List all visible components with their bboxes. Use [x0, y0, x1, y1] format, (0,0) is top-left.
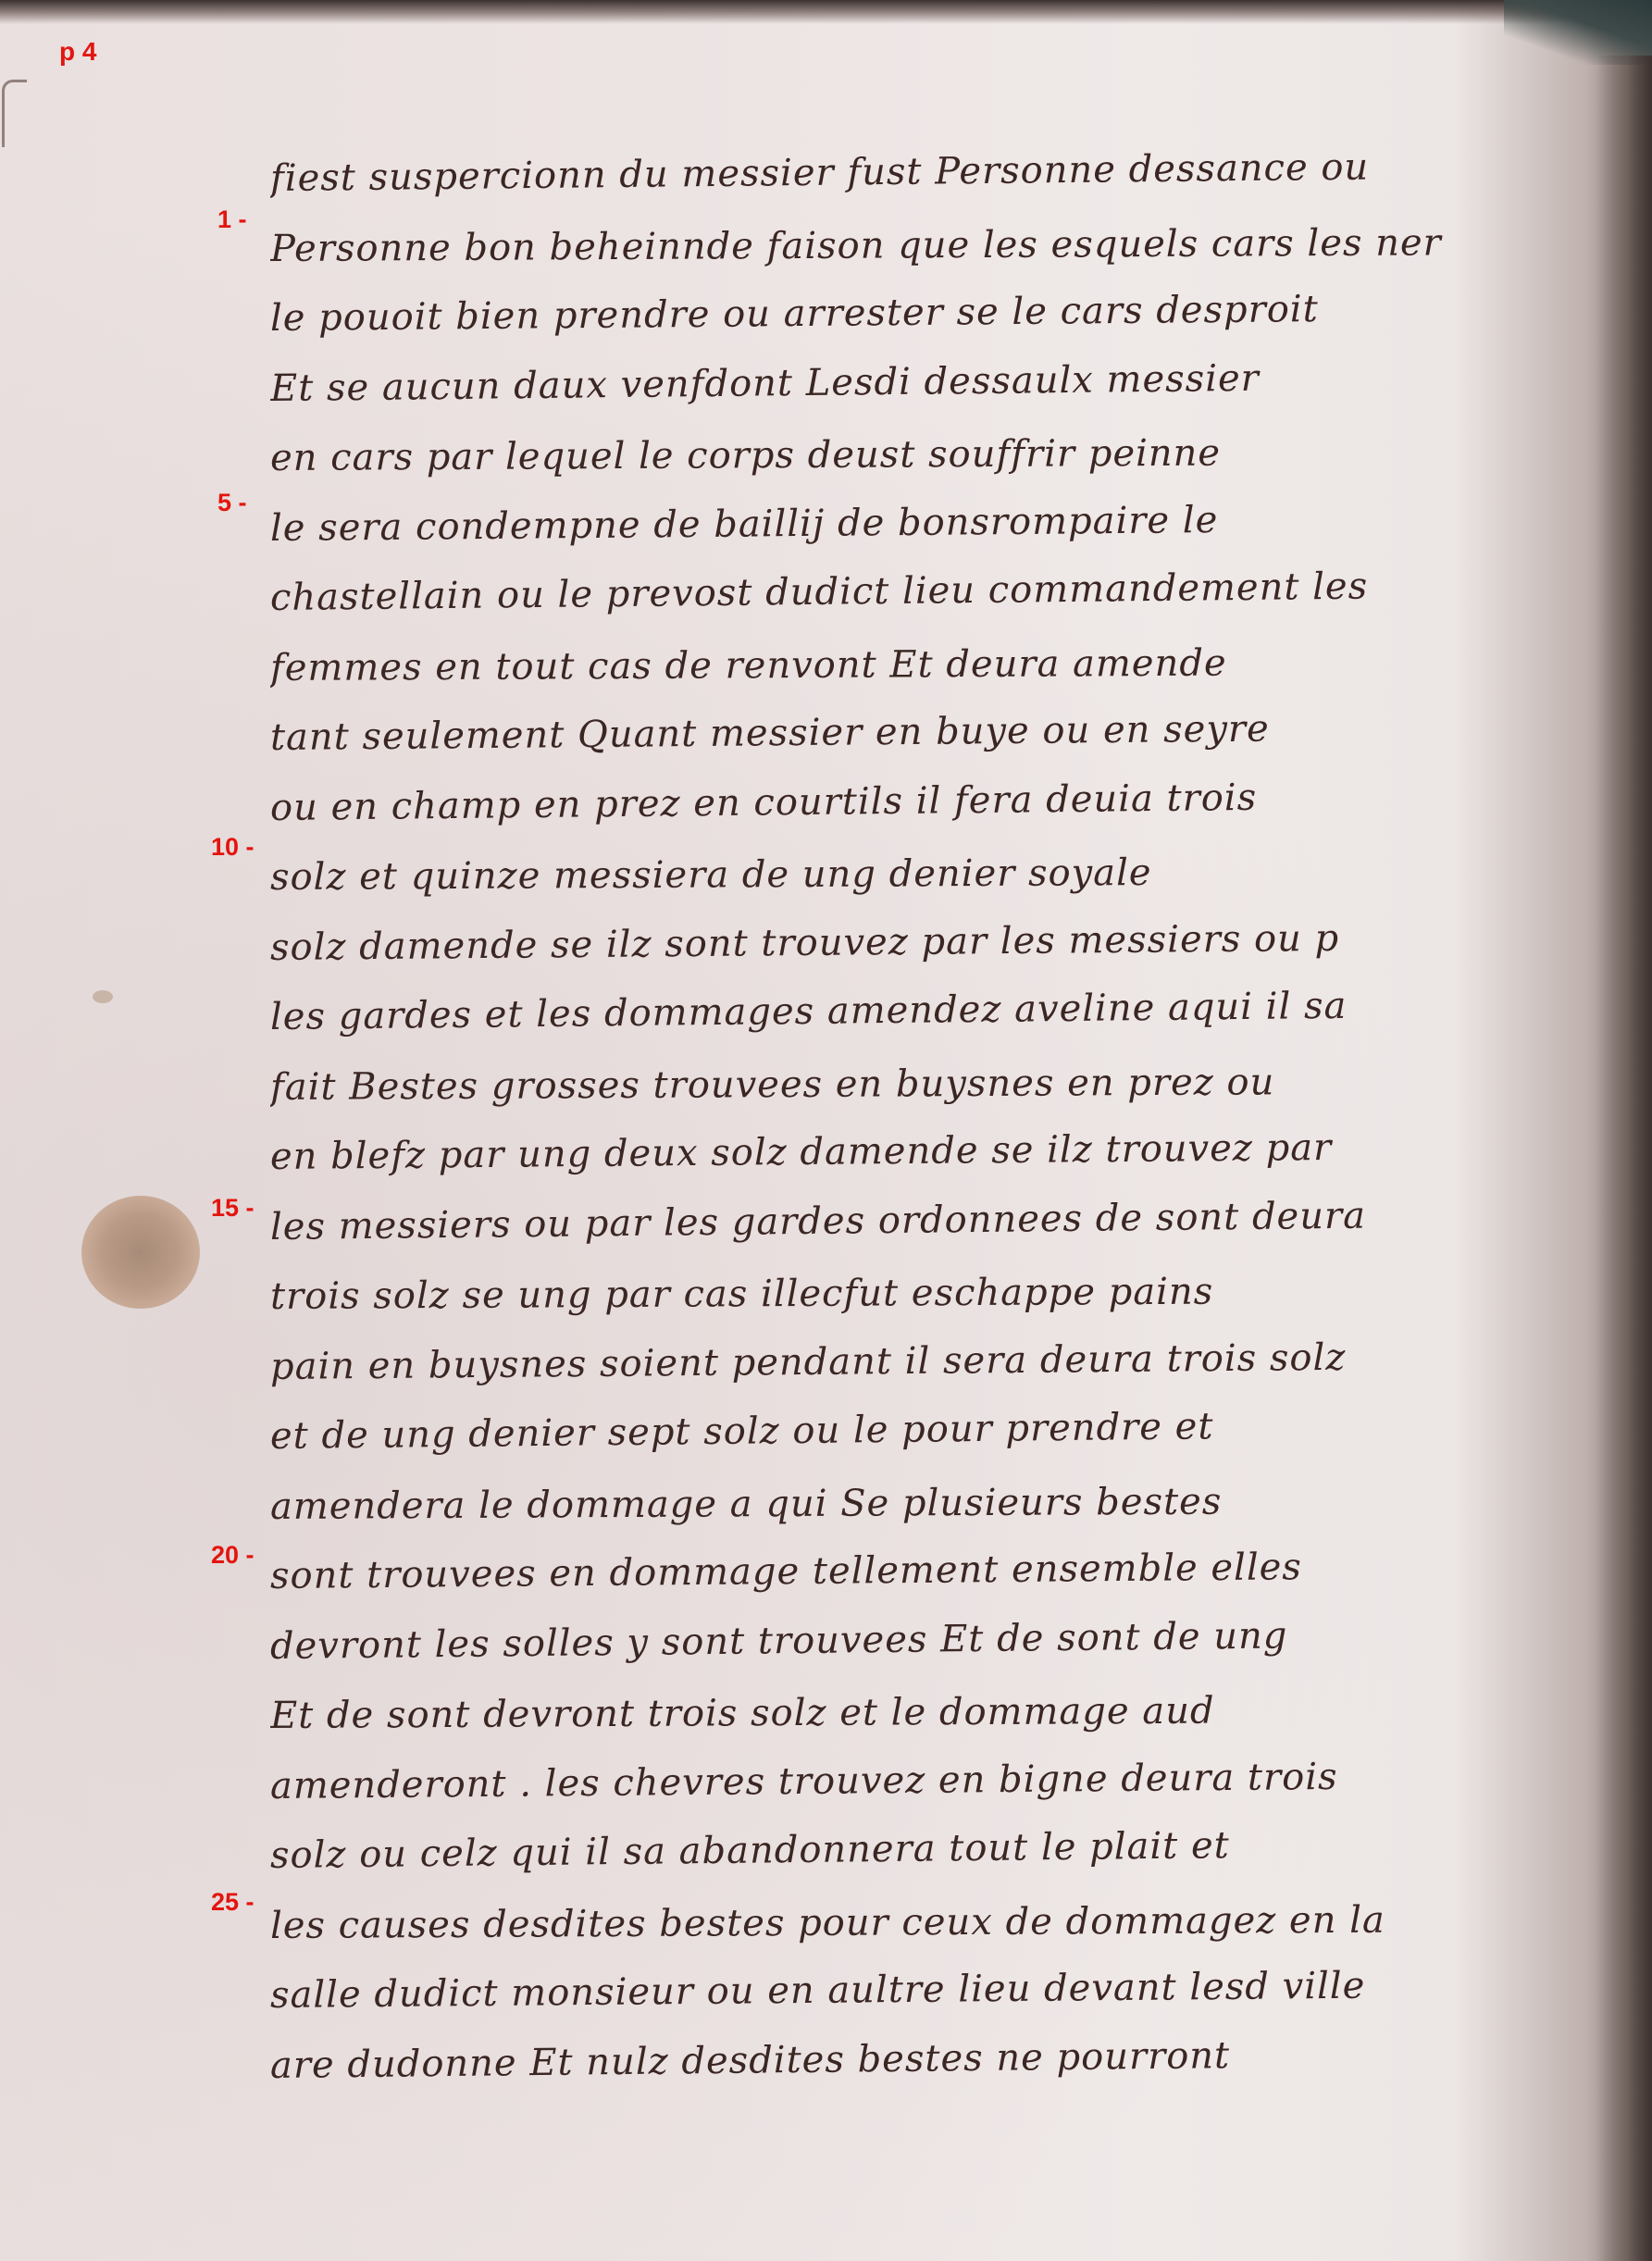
manuscript-line: les messiers ou par les gardes ordonnees… — [270, 1192, 1510, 1248]
manuscript-line: Et de sont devront trois solz et le domm… — [270, 1688, 1510, 1737]
manuscript-line: pain en buysnes soient pendant il sera d… — [270, 1335, 1510, 1388]
manuscript-line: devront les solles y sont trouvees Et de… — [270, 1611, 1510, 1667]
line-number-label: 5 - — [217, 489, 247, 517]
small-stain-mark — [93, 990, 113, 1003]
manuscript-line: solz damende se ilz sont trouvez par les… — [270, 915, 1510, 969]
line-number-label: 1 - — [217, 205, 247, 234]
manuscript-line: les gardes et les dommages amendez aveli… — [270, 983, 1510, 1038]
manuscript-line: fiest suspercionn du messier fust Person… — [270, 144, 1510, 200]
manuscript-line: Personne bon beheinnde faison que les es… — [270, 220, 1510, 269]
page-top-edge-shadow — [0, 0, 1652, 24]
manuscript-line: Et se aucun daux venfdont Lesdi dessaulx… — [270, 354, 1510, 409]
line-number-label: 20 - — [211, 1541, 255, 1570]
margin-ink-mark — [2, 80, 27, 147]
line-number-label: 10 - — [211, 833, 255, 862]
manuscript-line: amendera le dommage a qui Se plusieurs b… — [270, 1478, 1510, 1527]
manuscript-line: amenderont . les chevres trouvez en bign… — [270, 1754, 1510, 1808]
manuscript-line: en blefz par ung deux solz damende se il… — [270, 1124, 1510, 1178]
page-number-label: p 4 — [59, 37, 96, 67]
manuscript-line: chastellain ou le prevost dudict lieu co… — [270, 564, 1510, 619]
manuscript-page: p 4 1 -5 -10 -15 -20 -25 - fiest susperc… — [0, 0, 1652, 2261]
page-right-edge-shadow — [1596, 56, 1652, 2261]
manuscript-line: salle dudict monsieur ou en aultre lieu … — [270, 1963, 1510, 2017]
manuscript-line: solz et quinze messiera de ung denier so… — [270, 850, 1510, 899]
manuscript-line: solz ou celz qui il sa abandonnera tout … — [270, 1821, 1510, 1877]
manuscript-line: sont trouvees en dommage tellement ensem… — [270, 1544, 1510, 1597]
line-number-label: 25 - — [211, 1888, 255, 1917]
manuscript-line: trois solz se ung par cas illecfut escha… — [270, 1269, 1510, 1318]
manuscript-line: femmes en tout cas de renvont Et deura a… — [270, 640, 1510, 689]
manuscript-line: le sera condempne de baillij de bonsromp… — [270, 496, 1510, 550]
manuscript-line: fait Bestes grosses trouvees en buysnes … — [270, 1059, 1510, 1108]
manuscript-line: ou en champ en prez en courtils il fera … — [270, 773, 1510, 828]
manuscript-line: en cars par lequel le corps deust souffr… — [270, 430, 1510, 479]
line-number-label: 15 - — [211, 1194, 255, 1223]
manuscript-line: les causes desdites bestes pour ceux de … — [270, 1897, 1510, 1946]
manuscript-line: et de ung denier sept solz ou le pour pr… — [270, 1402, 1510, 1458]
brown-stain-mark — [81, 1196, 200, 1309]
manuscript-line: le pouoit bien prendre ou arrester se le… — [270, 286, 1510, 340]
manuscript-line: tant seulement Quant messier en buye ou … — [270, 705, 1510, 759]
manuscript-line: are dudonne Et nulz desdites bestes ne p… — [270, 2031, 1510, 2086]
